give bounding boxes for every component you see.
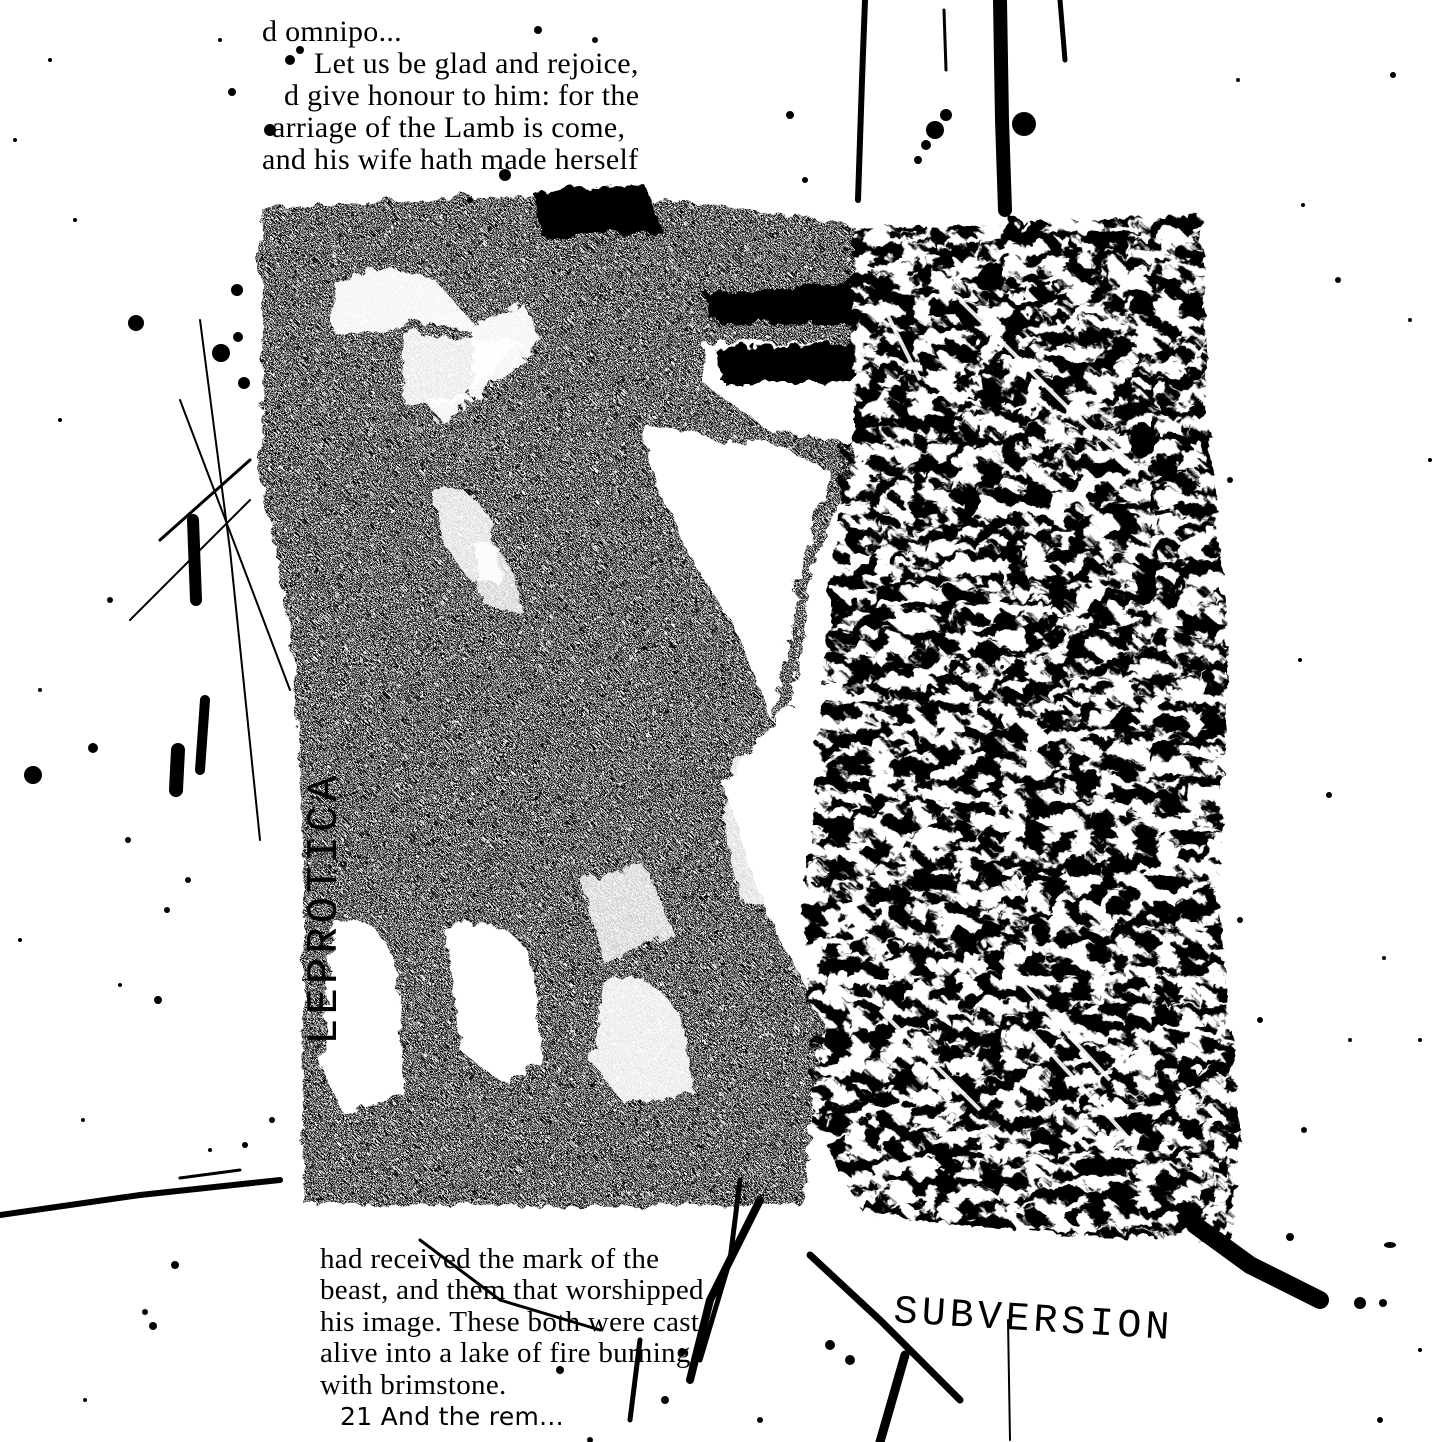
scripture-line: with brimstone. — [320, 1370, 704, 1402]
scripture-line: alive into a lake of fire burning — [320, 1338, 704, 1370]
scripture-line: 21 And the rem... — [320, 1401, 704, 1433]
album-cover: d omnipo... Let us be glad and rejoice, … — [0, 0, 1440, 1442]
scripture-line: arriage of the Lamb is come, — [262, 112, 639, 144]
ink-collage-artwork — [0, 0, 1440, 1442]
scripture-line: had received the mark of the — [320, 1244, 704, 1276]
scripture-fragment-bottom: with which had received the mark of the … — [320, 1212, 704, 1433]
right-texture-panel — [800, 212, 1240, 1240]
scripture-line: his image. These both were cast — [320, 1307, 704, 1339]
scripture-line: Let us be glad and rejoice, — [262, 48, 639, 80]
scripture-line: beast, and them that worshipped — [320, 1275, 704, 1307]
band-name: LEPROTICA — [300, 771, 350, 1045]
scripture-fragment-top: d omnipo... Let us be glad and rejoice, … — [262, 16, 639, 176]
scripture-line: d give honour to him: for the — [262, 80, 639, 112]
scripture-line: and his wife hath made herself — [262, 144, 639, 176]
scripture-line: d omnipo... — [262, 16, 639, 48]
